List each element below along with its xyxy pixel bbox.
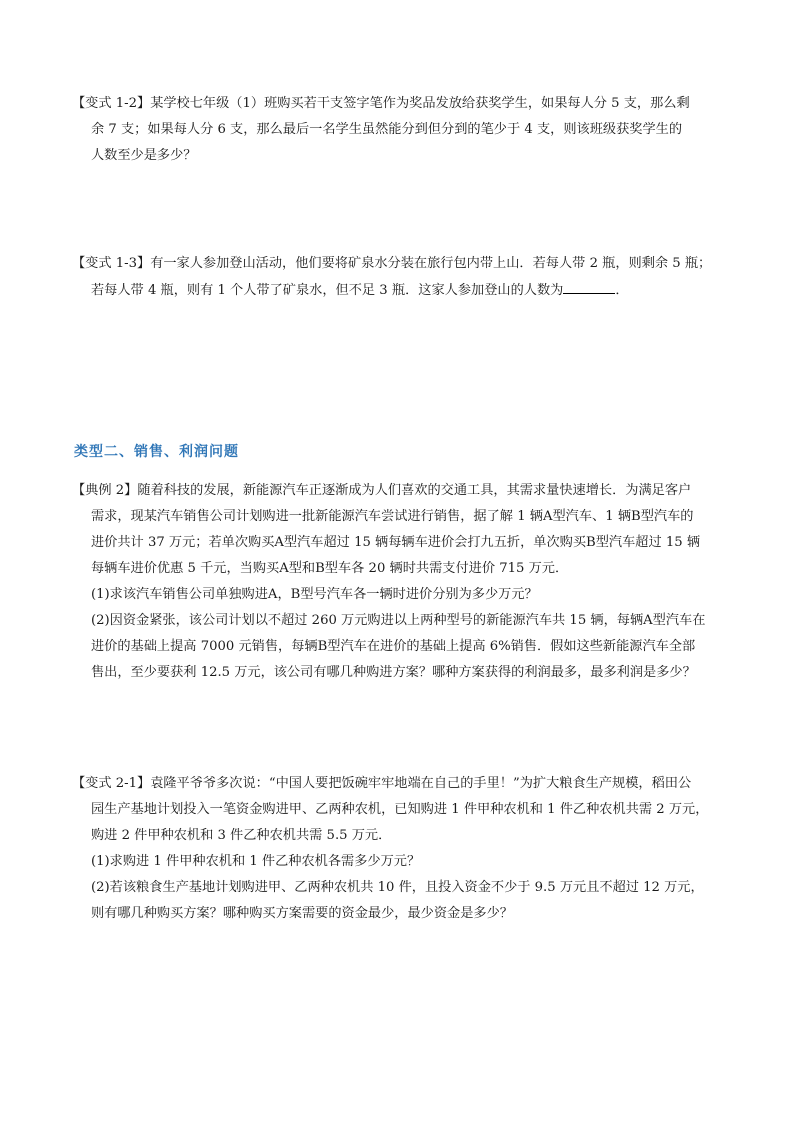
problem-text: 园生产基地计划投入一笔资金购进甲、乙两种农机，已知购进 1 件甲种农机和 1 件… — [72, 797, 728, 823]
question-2-cont: 进价的基础上提高 7000 元销售，每辆B型汽车在进价的基础上提高 6%销售．假… — [72, 634, 728, 660]
question-1: (1)求购进 1 件甲种农机和 1 件乙种农机各需多少万元？ — [72, 849, 728, 875]
question-2-cont: 售出，至少要获利 12.5 万元，该公司有哪几种购进方案？哪种方案获得的利润最多… — [72, 660, 728, 686]
problem-variant-2-1: 【变式 2-1】袁隆平爷爷多次说：“中国人要把饭碗牢牢地端在自己的手里！”为扩大… — [72, 771, 728, 927]
problem-label: 【典例 2】 — [72, 483, 137, 498]
problem-variant-1-3: 【变式 1-3】有一家人参加登山活动，他们要将矿泉水分装在旅行包内带上山．若每人… — [72, 251, 728, 303]
section-title: 类型二、销售、利润问题 — [74, 441, 239, 461]
question-1: (1)求该汽车销售公司单独购进A，B型号汽车各一辆时进价分别为多少万元？ — [72, 582, 728, 608]
problem-text: 余 7 支；如果每人分 6 支，那么最后一名学生虽然能分到但分到的笔少于 4 支… — [72, 117, 728, 143]
question-2: (2)因资金紧张，该公司计划以不超过 260 万元购进以上两种型号的新能源汽车共… — [72, 608, 728, 634]
problem-text: 某学校七年级（1）班购买若干支签字笔作为奖品发放给获奖学生，如果每人分 5 支，… — [150, 96, 689, 111]
problem-label: 【变式 1-2】 — [72, 96, 150, 111]
problem-text: 袁隆平爷爷多次说：“中国人要把饭碗牢牢地端在自己的手里！”为扩大粮食生产规模，稻… — [150, 776, 691, 791]
question-2: (2)若该粮食生产基地计划购进甲、乙两种农机共 10 件，且投入资金不少于 9.… — [72, 875, 728, 901]
problem-text: 随着科技的发展，新能源汽车正逐渐成为人们喜欢的交通工具，其需求量快速增长．为满足… — [137, 483, 691, 498]
problem-label: 【变式 2-1】 — [72, 776, 150, 791]
answer-blank — [563, 277, 615, 294]
problem-text: 有一家人参加登山活动，他们要将矿泉水分装在旅行包内带上山．若每人带 2 瓶，则剩… — [150, 256, 711, 271]
problem-text: 进价共计 37 万元；若单次购买A型汽车超过 15 辆每辆车进价会打九五折，单次… — [72, 530, 728, 556]
problem-text: 若每人带 4 瓶，则有 1 个人带了矿泉水，但不足 3 瓶．这家人参加登山的人数… — [91, 283, 563, 298]
problem-label: 【变式 1-3】 — [72, 256, 150, 271]
problem-text: 需求，现某汽车销售公司计划购进一批新能源汽车尝试进行销售，据了解 1 辆A型汽车… — [72, 504, 728, 530]
problem-text: 每辆车进价优惠 5 千元，当购买A型和B型车各 20 辆时共需支付进价 715 … — [72, 556, 728, 582]
question-2-cont: 则有哪几种购买方案？哪种购买方案需要的资金最少，最少资金是多少？ — [72, 901, 728, 927]
problem-text: 人数至少是多少？ — [72, 143, 728, 169]
problem-text: 购进 2 件甲种农机和 3 件乙种农机共需 5.5 万元． — [72, 823, 728, 849]
problem-example-2: 【典例 2】随着科技的发展，新能源汽车正逐渐成为人们喜欢的交通工具，其需求量快速… — [72, 478, 728, 686]
problem-variant-1-2: 【变式 1-2】某学校七年级（1）班购买若干支签字笔作为奖品发放给获奖学生，如果… — [72, 91, 728, 169]
